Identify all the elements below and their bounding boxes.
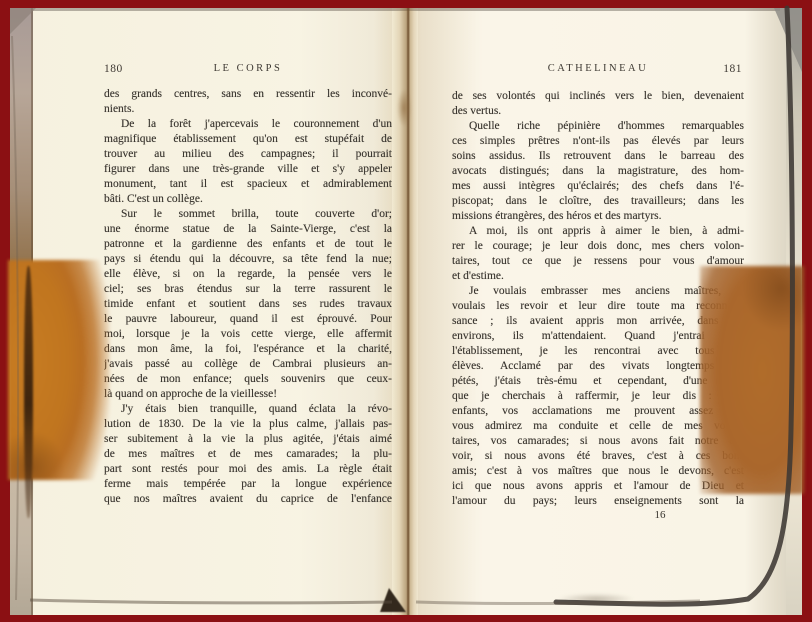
text-line: ferme mais tempérée par la longue expéri…: [104, 477, 392, 492]
text-line: A moi, ils ont appris à aimer le bien, à…: [452, 224, 744, 239]
text-line: lution de 1830. De la vie la plus calme,…: [104, 417, 392, 432]
text-line: voulais les revoir et leur dire toute ma…: [452, 299, 744, 314]
text-line: soins assidus. Ils retrouvent dans le ba…: [452, 149, 744, 164]
text-line: Sur le sommet brilla, toute couverte d'o…: [104, 207, 392, 222]
text-line: l'amour du pays; leurs enseignements son…: [452, 494, 744, 509]
right-page-edge-zone: [786, 8, 802, 615]
text-line: timide enfant et soutient dans ses rudes…: [104, 297, 392, 312]
text-line: trouver au milieu des campagnes; il pour…: [104, 147, 392, 162]
right-page-text: de ses volontés qui inclinés vers le bie…: [452, 89, 744, 509]
text-line: Quelle riche pépinière d'hommes remarqua…: [452, 119, 744, 134]
text-line: bâti. C'est un collège.: [104, 192, 392, 207]
text-line: monument, tant il est spacieux et admira…: [104, 177, 392, 192]
left-page-text: des grands centres, sans en ressentir le…: [104, 87, 392, 507]
text-line: élèves. Acclamé par des vivats longtemps…: [452, 359, 744, 374]
text-line: patronne et la gardienne des enfants et …: [104, 237, 392, 252]
text-line: figurer dans une très-grande ville et s'…: [104, 162, 392, 177]
text-line: environs, ils m'attendaient. Quand j'ent…: [452, 329, 744, 344]
text-line: magnifique établissement qu'on est stupé…: [104, 132, 392, 147]
text-line: nients.: [104, 102, 392, 117]
text-line: ces simples prêtres n'ont-ils pas élevés…: [452, 134, 744, 149]
text-line: le pauvre laboureur, quand il est éprouv…: [104, 312, 392, 327]
text-line: des vertus.: [452, 104, 744, 119]
text-line: de ses volontés qui inclinés vers le bie…: [452, 89, 744, 104]
text-line: là quand on approche de la vieillesse!: [104, 387, 392, 402]
text-line: taires, vos camarades; si nous avons fai…: [452, 434, 744, 449]
text-line: De la forêt j'apercevais le couronnement…: [104, 117, 392, 132]
text-line: elle élève, si on la regarde, la pensée …: [104, 267, 392, 282]
right-running-title: CATHELINEAU: [452, 63, 744, 74]
text-line: que nos maîtres avaient du caprice de l'…: [104, 492, 392, 507]
text-line: mes aussi intègres qu'éclairés; des chef…: [452, 179, 744, 194]
text-line: missions étrangères, des héros et des ma…: [452, 209, 744, 224]
text-line: sance ; ils avaient appris mon arrivée, …: [452, 314, 744, 329]
text-line: dans mon âme, la foi, l'espérance et la …: [104, 342, 392, 357]
text-line: ser subitement à la vie la plus agitée, …: [104, 432, 392, 447]
text-line: J'y étais bien tranquille, quand éclata …: [104, 402, 392, 417]
text-line: nées de mon enfance; quels souvenirs que…: [104, 372, 392, 387]
text-line: de mes maîtres et de mes camarades; la p…: [104, 447, 392, 462]
gutter-top-smudge: [396, 88, 412, 138]
text-line: j'avais passé au collège de Cambrai plus…: [104, 357, 392, 372]
text-line: vous admirez ma conduite et celle de mes…: [452, 419, 744, 434]
text-line: moi, lorsque je la vois cette vierge, el…: [104, 327, 392, 342]
left-running-title: LE CORPS: [104, 63, 392, 74]
text-line: enfants, vos acclamations me prouvent as…: [452, 404, 744, 419]
text-line: et d'estime.: [452, 269, 744, 284]
text-line: voir, si nous avons été braves, c'est à …: [452, 449, 744, 464]
text-line: ciel; ses bras étendus sur la terre rass…: [104, 282, 392, 297]
top-left-corner-wear: [10, 8, 36, 34]
left-page-header: 180 LE CORPS: [104, 63, 392, 77]
text-line: avocats distingués; dans la magistrature…: [452, 164, 744, 179]
right-page-number: 181: [723, 63, 742, 75]
right-page-header: CATHELINEAU 181: [452, 63, 744, 77]
text-line: pétés, j'étais très-ému et cependant, d'…: [452, 374, 744, 389]
gutter-bottom-shadow: [380, 588, 406, 612]
text-line: que je cherchais à raffermir, je leur di…: [452, 389, 744, 404]
text-line: Je voulais embrasser mes anciens maîtres…: [452, 284, 744, 299]
scanned-book-photo: 180 LE CORPS des grands centres, sans en…: [0, 0, 812, 622]
text-line: piscopat; dans le cloître, des travaille…: [452, 194, 744, 209]
text-line: amis; c'est à vos maîtres que nous le de…: [452, 464, 744, 479]
text-line: ici que nous avons appris et l'amour de …: [452, 479, 744, 494]
signature-mark: 16: [600, 509, 720, 521]
text-line: des grands centres, sans en ressentir le…: [104, 87, 392, 102]
book-left-edge: [10, 8, 33, 615]
text-line: rer le courage; je leur dois donc, mes c…: [452, 239, 744, 254]
text-line: l'établissement, je les rencontrai avec …: [452, 344, 744, 359]
text-line: pays si étendu qui la découvre, sa tête …: [104, 252, 392, 267]
text-line: taires, tout ce que je ressens pour vous…: [452, 254, 744, 269]
text-line: part sont restés pour moi des amis. La r…: [104, 462, 392, 477]
text-line: une énorme statue de la Sainte-Vierge, c…: [104, 222, 392, 237]
